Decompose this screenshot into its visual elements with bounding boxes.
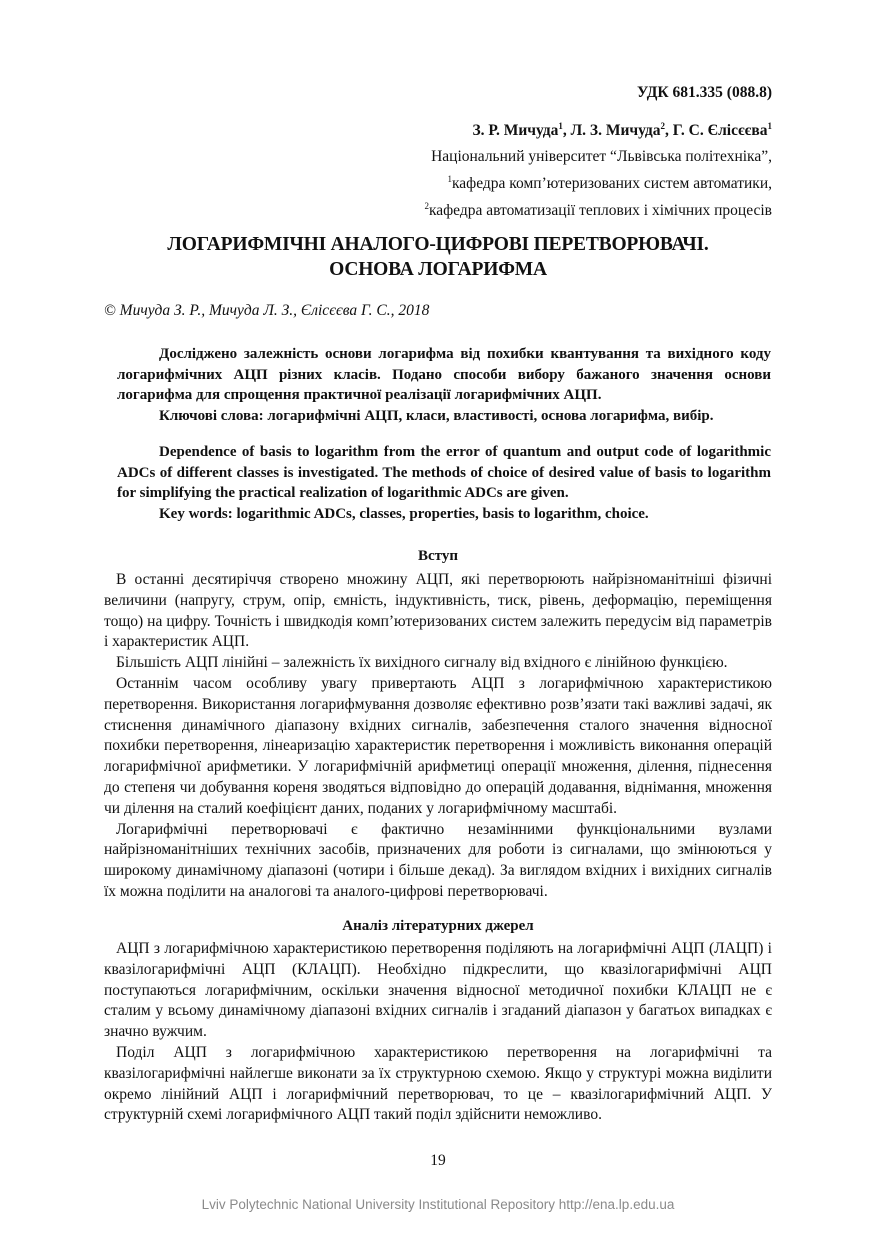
abstract-text: Dependence of basis to logarithm from th… [117,442,771,504]
keywords: Key words: logarithmic ADCs, classes, pr… [117,504,771,525]
keywords: Ключові слова: логарифмічні АЦП, класи, … [117,406,771,427]
section-heading-literature: Аналіз літературних джерел [0,918,876,935]
abstract-text: Досліджено залежність основи логарифма в… [117,344,771,406]
page-number: 19 [0,1152,876,1170]
copyright-line: © Мичуда З. Р., Мичуда Л. З., Єлісєєва Г… [104,302,429,320]
author-affiliation-mark: 1 [768,121,773,131]
udk-code: УДК 681.335 (088.8) [637,84,772,102]
paragraph: В останні десятиріччя створено множину А… [104,570,772,653]
authors-line: З. Р. Мичуда1, Л. З. Мичуда2, Г. С. Єліс… [472,121,772,140]
paragraph: Останнім часом особливу увагу привертают… [104,674,772,820]
affiliation-dept-1: 1кафедра комп’ютеризованих систем автома… [272,168,772,195]
affiliation-block: Національний університет “Львівська полі… [272,146,772,222]
paper-title: ЛОГАРИФМІЧНІ АНАЛОГО-ЦИФРОВІ ПЕРЕТВОРЮВА… [0,232,876,282]
author-name: Г. С. Єлісєєва [673,122,768,139]
paragraph: Поділ АЦП з логарифмічною характеристико… [104,1043,772,1126]
section-heading-intro: Вступ [0,548,876,565]
abstract-ukrainian: Досліджено залежність основи логарифма в… [117,344,771,426]
repository-footer: Lviv Polytechnic National University Ins… [0,1197,876,1212]
paragraph: АЦП з логарифмічною характеристикою пере… [104,939,772,1043]
paragraph: Логарифмічні перетворювачі є фактично не… [104,820,772,903]
section-body-literature: АЦП з логарифмічною характеристикою пере… [104,939,772,1126]
title-line-2: ОСНОВА ЛОГАРИФМА [0,257,876,282]
affiliation-university: Національний університет “Львівська полі… [272,146,772,168]
author-name: Л. З. Мичуда [571,122,661,139]
author-affiliation-mark: 1 [558,121,563,131]
section-body-intro: В останні десятиріччя створено множину А… [104,570,772,903]
abstract-english: Dependence of basis to logarithm from th… [117,442,771,524]
affiliation-dept-2: 2кафедра автоматизації теплових і хімічн… [272,195,772,222]
dept-name: кафедра комп’ютеризованих систем автомат… [452,175,772,192]
paragraph: Більшість АЦП лінійні – залежність їх ви… [104,653,772,674]
dept-name: кафедра автоматизації теплових і хімічни… [429,202,772,219]
author-name: З. Р. Мичуда [472,122,558,139]
title-line-1: ЛОГАРИФМІЧНІ АНАЛОГО-ЦИФРОВІ ПЕРЕТВОРЮВА… [0,232,876,257]
author-affiliation-mark: 2 [661,121,666,131]
